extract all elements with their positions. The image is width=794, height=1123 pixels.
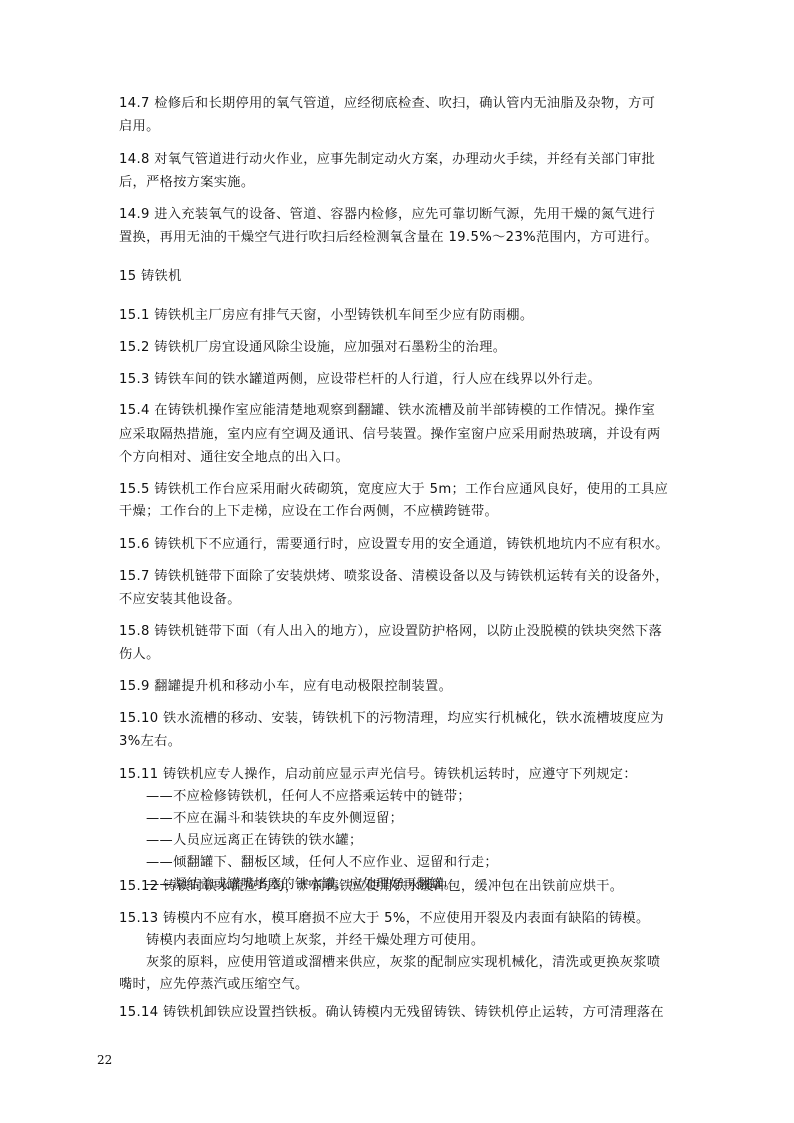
clause-line: 后，严格按方案实施。 <box>119 175 254 191</box>
clause-line: 15.6 铸铁机下不应通行，需要通行时，应设置专用的安全通道，铸铁机地坑内不应有… <box>119 537 669 553</box>
clause-line: 15.13 铸模内不应有水，模耳磨损不应大于 5%，不应使用开裂及内表面有缺陷的… <box>119 911 649 927</box>
clause-line: 个方向相对、通往安全地点的出入口。 <box>119 450 349 466</box>
clause-line: 15.2 铸铁机厂房宜设通风除尘设施，应加强对石墨粉尘的治理。 <box>119 340 506 356</box>
clause-line: 15.1 铸铁机主厂房应有排气天窗，小型铸铁机车间至少应有防雨棚。 <box>119 308 533 324</box>
clause-line: 启用。 <box>119 119 160 135</box>
dash-list-item: ——不应在漏斗和装铁块的车皮外侧逗留； <box>146 811 403 827</box>
clause-line: 14.9 进入充装氧气的设备、管道、容器内检修，应先可靠切断气源，先用干燥的氮气… <box>119 207 655 223</box>
clause-line: 15.8 铸铁机链带下面（有人出入的地方），应设置防护格网，以防止没脱模的铁块突… <box>119 624 662 640</box>
clause-line: 15.7 铸铁机链带下面除了安装烘烤、喷浆设备、清模设备以及与铸铁机运转有关的设… <box>119 569 669 585</box>
clause-line: 15.12 铸铁时铁水流应均匀，炉前铸铁应使用铁水缓冲包，缓冲包在出铁前应烘干。 <box>119 879 623 895</box>
clause-line: 灰浆的原料，应使用管道或溜槽来供应，灰浆的配制应实现机械化，清洗或更换灰浆喷 <box>146 955 660 971</box>
clause-line: 干燥；工作台的上下走梯，应设在工作台两侧，不应横跨链带。 <box>119 504 498 520</box>
clause-line: 15.4 在铸铁机操作室应能清楚地观察到翻罐、铁水流槽及前半部铸模的工作情况。操… <box>119 403 655 419</box>
clause-line: 铸模内表面应均匀地喷上灰浆，并经干燥处理方可使用。 <box>146 933 484 949</box>
clause-line: 伤人。 <box>119 647 160 663</box>
clause-line: 14.7 检修后和长期停用的氧气管道，应经彻底检查、吹扫，确认管内无油脂及杂物，… <box>119 96 655 112</box>
dash-list-item: ——倾翻罐下、翻板区域，任何人不应作业、逗留和行走； <box>146 855 498 871</box>
clause-line: 15.14 铸铁机卸铁应设置挡铁板。确认铸模内无残留铸铁、铸铁机停止运转，方可清… <box>119 1005 664 1021</box>
clause-line: 不应安装其他设备。 <box>119 592 241 608</box>
dash-list-item: ——人员应远离正在铸铁的铁水罐； <box>146 833 363 849</box>
clause-line: 15.5 铸铁机工作台应采用耐火砖砌筑，宽度应大于 5m；工作台应通风良好，使用… <box>119 482 668 498</box>
clause-line: 应采取隔热措施，室内应有空调及通讯、信号装置。操作室窗户应采用耐热玻璃，并设有两 <box>119 427 661 443</box>
page-number: 22 <box>97 1053 112 1067</box>
clause-line: 14.8 对氧气管道进行动火作业，应事先制定动火方案，办理动火手续，并经有关部门… <box>119 152 655 168</box>
clause-line: 15.10 铁水流槽的移动、安装，铸铁机下的污物清理，均应实行机械化，铁水流槽坡… <box>119 711 664 727</box>
clause-line: 15.9 翻罐提升机和移动小车，应有电动极限控制装置。 <box>119 679 452 695</box>
dash-list-item: ——不应检修铸铁机，任何人不应搭乘运转中的链带； <box>146 789 471 805</box>
clause-line: 3%左右。 <box>119 734 181 750</box>
section-heading: 15 铸铁机 <box>119 269 182 285</box>
clause-line: 嘴时，应先停蒸汽或压缩空气。 <box>119 977 309 993</box>
clause-line: 15.3 铸铁车间的铁水罐道两侧，应设带栏杆的人行道，行人应在线界以外行走。 <box>119 372 601 388</box>
clause-line: 置换，再用无油的干燥空气进行吹扫后经检测氧含量在 19.5%～23%范围内，方可… <box>119 230 658 246</box>
clause-line: 15.11 铸铁机应专人操作，启动前应显示声光信号。铸铁机运转时，应遵守下列规定… <box>119 767 637 783</box>
